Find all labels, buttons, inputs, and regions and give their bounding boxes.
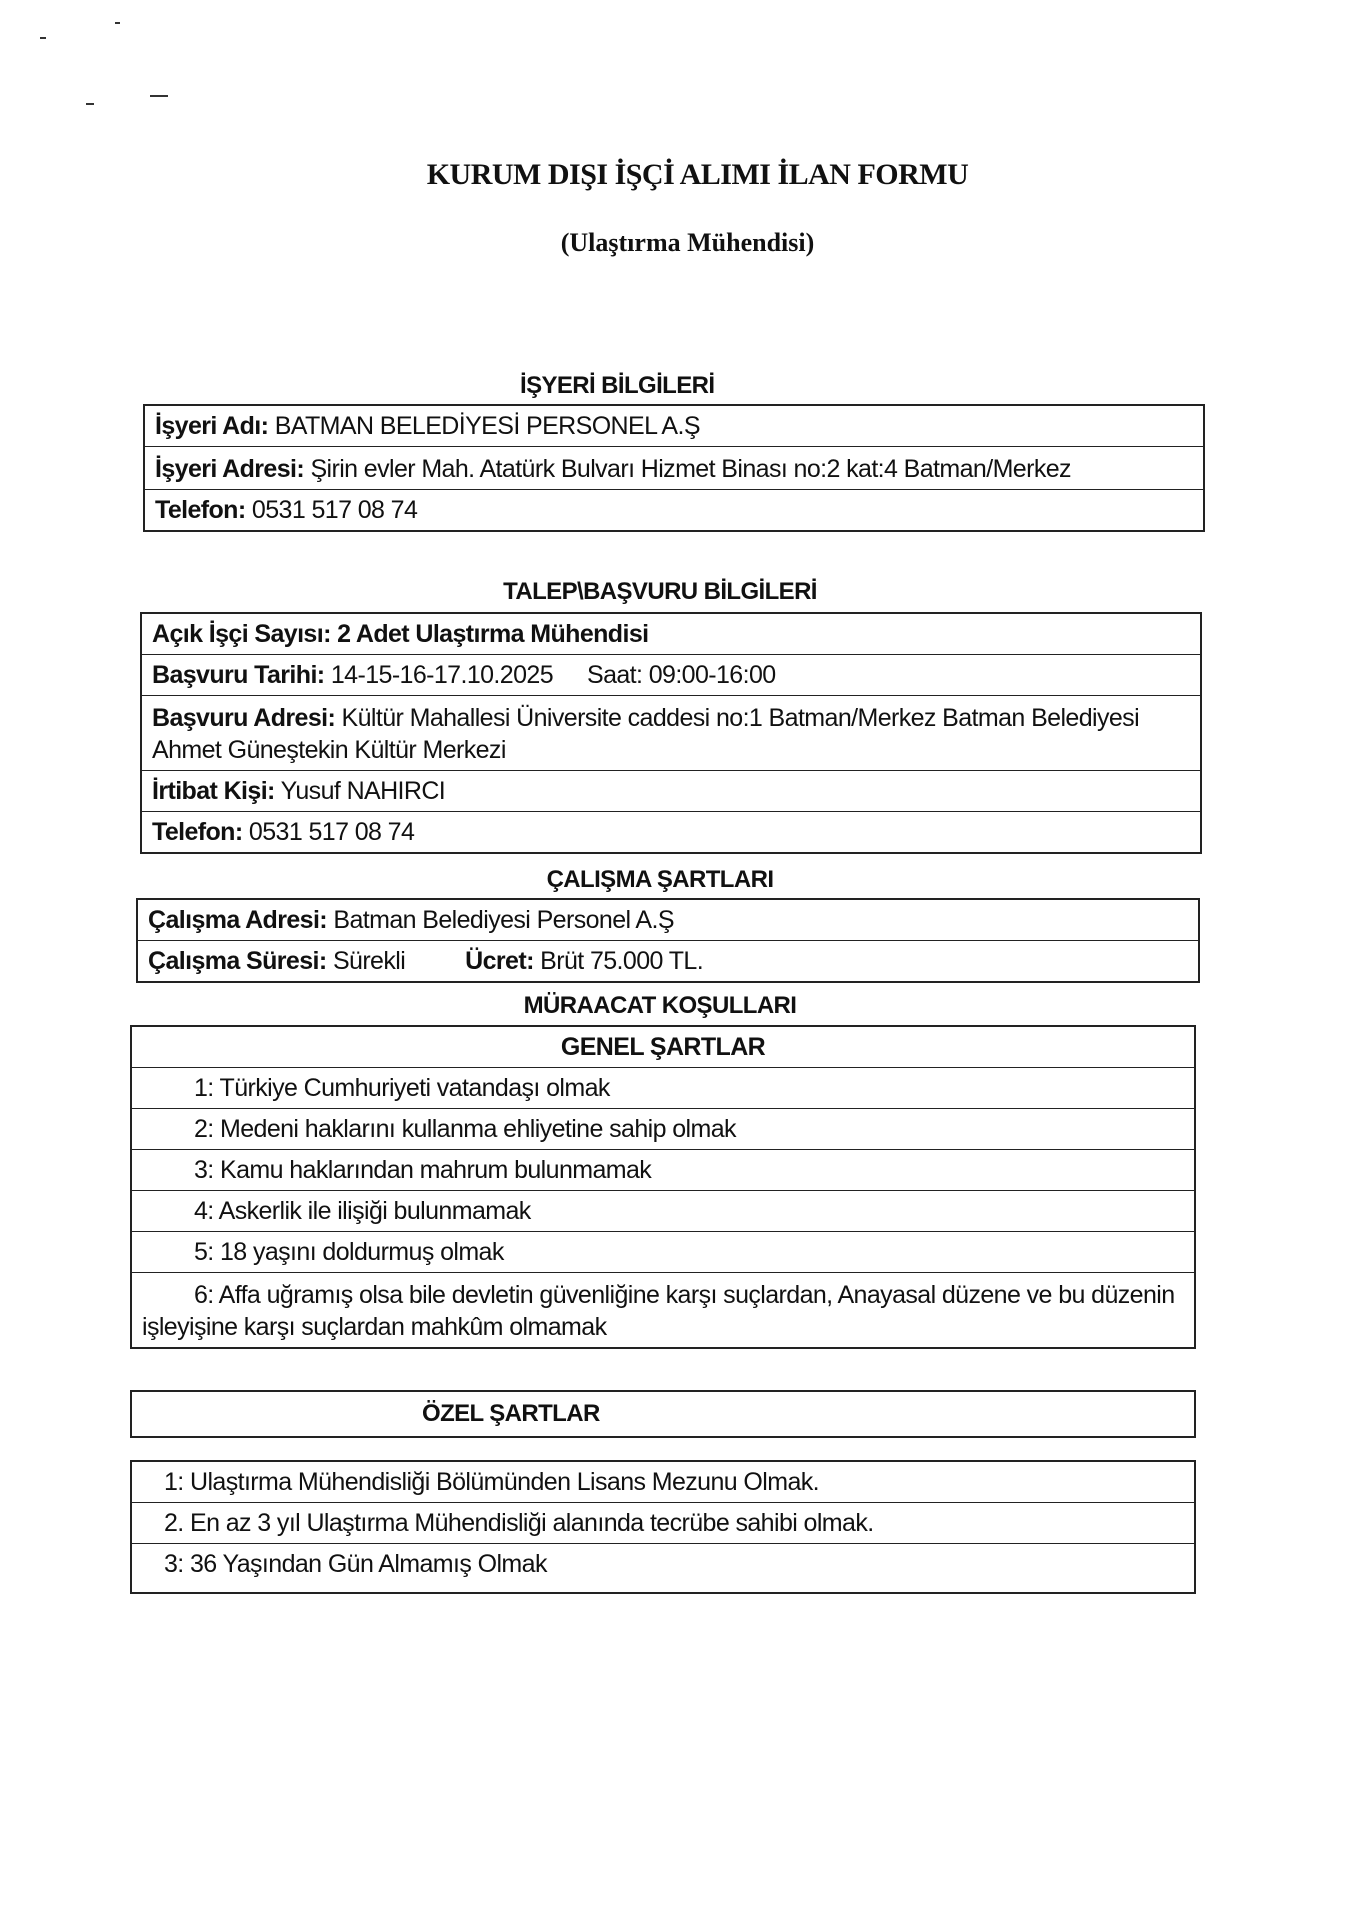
genel-sart-item: 4: Askerlik ile ilişiği bulunmamak <box>132 1191 1194 1232</box>
genel-sart-item: 3: Kamu haklarından mahrum bulunmamak <box>132 1150 1194 1191</box>
scan-speck <box>40 37 46 39</box>
basvuru-contact-row: İrtibat Kişi: Yusuf NAHIRCI <box>142 771 1200 812</box>
ozel-sartlar-table: 1: Ulaştırma Mühendisliği Bölümünden Lis… <box>130 1460 1196 1594</box>
field-label: Telefon: <box>152 818 243 846</box>
genel-sart-item: 6: Affa uğramış olsa bile devletin güven… <box>132 1273 1194 1347</box>
calisma-table: Çalışma Adresi: Batman Belediyesi Person… <box>136 898 1200 983</box>
basvuru-date-row: Başvuru Tarihi: 14-15-16-17.10.2025Saat:… <box>142 655 1200 696</box>
section-heading-muracaat: MÜRAACAT KOŞULLARI <box>490 992 830 1020</box>
field-value: 2 Adet Ulaştırma Mühendisi <box>331 620 649 648</box>
field-value: 14-15-16-17.10.2025 <box>325 661 553 689</box>
field-label: Açık İşçi Sayısı: <box>152 620 331 648</box>
field-label: İşyeri Adresi: <box>155 455 304 483</box>
basvuru-phone-row: Telefon: 0531 517 08 74 <box>142 812 1200 852</box>
field-label: İrtibat Kişi: <box>152 777 275 805</box>
time-value: Saat: 09:00-16:00 <box>587 661 776 689</box>
isyeri-table: İşyeri Adı: BATMAN BELEDİYESİ PERSONEL A… <box>143 404 1205 532</box>
document-title: KURUM DIŞI İŞÇİ ALIMI İLAN FORMU <box>0 158 1355 192</box>
ozel-sart-item: 3: 36 Yaşından Gün Almamış Olmak <box>132 1544 1194 1592</box>
basvuru-table: Açık İşçi Sayısı: 2 Adet Ulaştırma Mühen… <box>140 612 1202 854</box>
field-label: Başvuru Adresi: <box>152 704 335 732</box>
scan-speck <box>150 95 168 97</box>
scan-speck <box>86 103 94 105</box>
field-value: Şirin evler Mah. Atatürk Bulvarı Hizmet … <box>304 455 1071 483</box>
field-value: 0531 517 08 74 <box>243 818 415 846</box>
field-value: 0531 517 08 74 <box>246 496 418 524</box>
section-heading-basvuru: TALEP\BAŞVURU BİLGİLERİ <box>460 578 860 606</box>
genel-sartlar-heading: GENEL ŞARTLAR <box>132 1027 1194 1068</box>
genel-sart-item: 1: Türkiye Cumhuriyeti vatandaşı olmak <box>132 1068 1194 1109</box>
field-value: Sürekli <box>327 947 406 975</box>
genel-sart-item: 2: Medeni haklarını kullanma ehliyetine … <box>132 1109 1194 1150</box>
section-heading-isyeri: İŞYERİ BİLGİLERİ <box>520 372 700 400</box>
isyeri-name-row: İşyeri Adı: BATMAN BELEDİYESİ PERSONEL A… <box>145 406 1203 447</box>
field-label: Çalışma Adresi: <box>148 906 327 934</box>
field-value: Brüt 75.000 TL. <box>534 947 703 975</box>
genel-sart-item: 5: 18 yaşını doldurmuş olmak <box>132 1232 1194 1273</box>
ozel-sartlar-heading: ÖZEL ŞARTLAR <box>422 1400 600 1428</box>
isyeri-phone-row: Telefon: 0531 517 08 74 <box>145 490 1203 530</box>
field-label: Ücret: <box>465 947 534 975</box>
basvuru-count-row: Açık İşçi Sayısı: 2 Adet Ulaştırma Mühen… <box>142 614 1200 655</box>
ozel-sart-item: 1: Ulaştırma Mühendisliği Bölümünden Lis… <box>132 1462 1194 1503</box>
field-value: Yusuf NAHIRCI <box>275 777 445 805</box>
calisma-address-row: Çalışma Adresi: Batman Belediyesi Person… <box>138 900 1198 941</box>
field-value: Batman Belediyesi Personel A.Ş <box>327 906 674 934</box>
field-label: İşyeri Adı: <box>155 412 268 440</box>
field-label: Telefon: <box>155 496 246 524</box>
field-label: Başvuru Tarihi: <box>152 661 325 689</box>
field-value: BATMAN BELEDİYESİ PERSONEL A.Ş <box>268 412 700 440</box>
genel-sartlar-table: GENEL ŞARTLAR 1: Türkiye Cumhuriyeti vat… <box>130 1025 1196 1349</box>
document-subtitle: (Ulaştırma Mühendisi) <box>0 228 1355 258</box>
scan-speck <box>115 22 120 24</box>
ozel-sart-item: 2. En az 3 yıl Ulaştırma Mühendisliği al… <box>132 1503 1194 1544</box>
basvuru-address-row: Başvuru Adresi: Kültür Mahallesi Ünivers… <box>142 696 1200 771</box>
calisma-duration-row: Çalışma Süresi: SürekliÜcret: Brüt 75.00… <box>138 941 1198 981</box>
field-label: Çalışma Süresi: <box>148 947 327 975</box>
isyeri-address-row: İşyeri Adresi: Şirin evler Mah. Atatürk … <box>145 447 1203 490</box>
section-heading-calisma: ÇALIŞMA ŞARTLARI <box>520 866 800 894</box>
ozel-sartlar-heading-box: ÖZEL ŞARTLAR <box>130 1390 1196 1438</box>
